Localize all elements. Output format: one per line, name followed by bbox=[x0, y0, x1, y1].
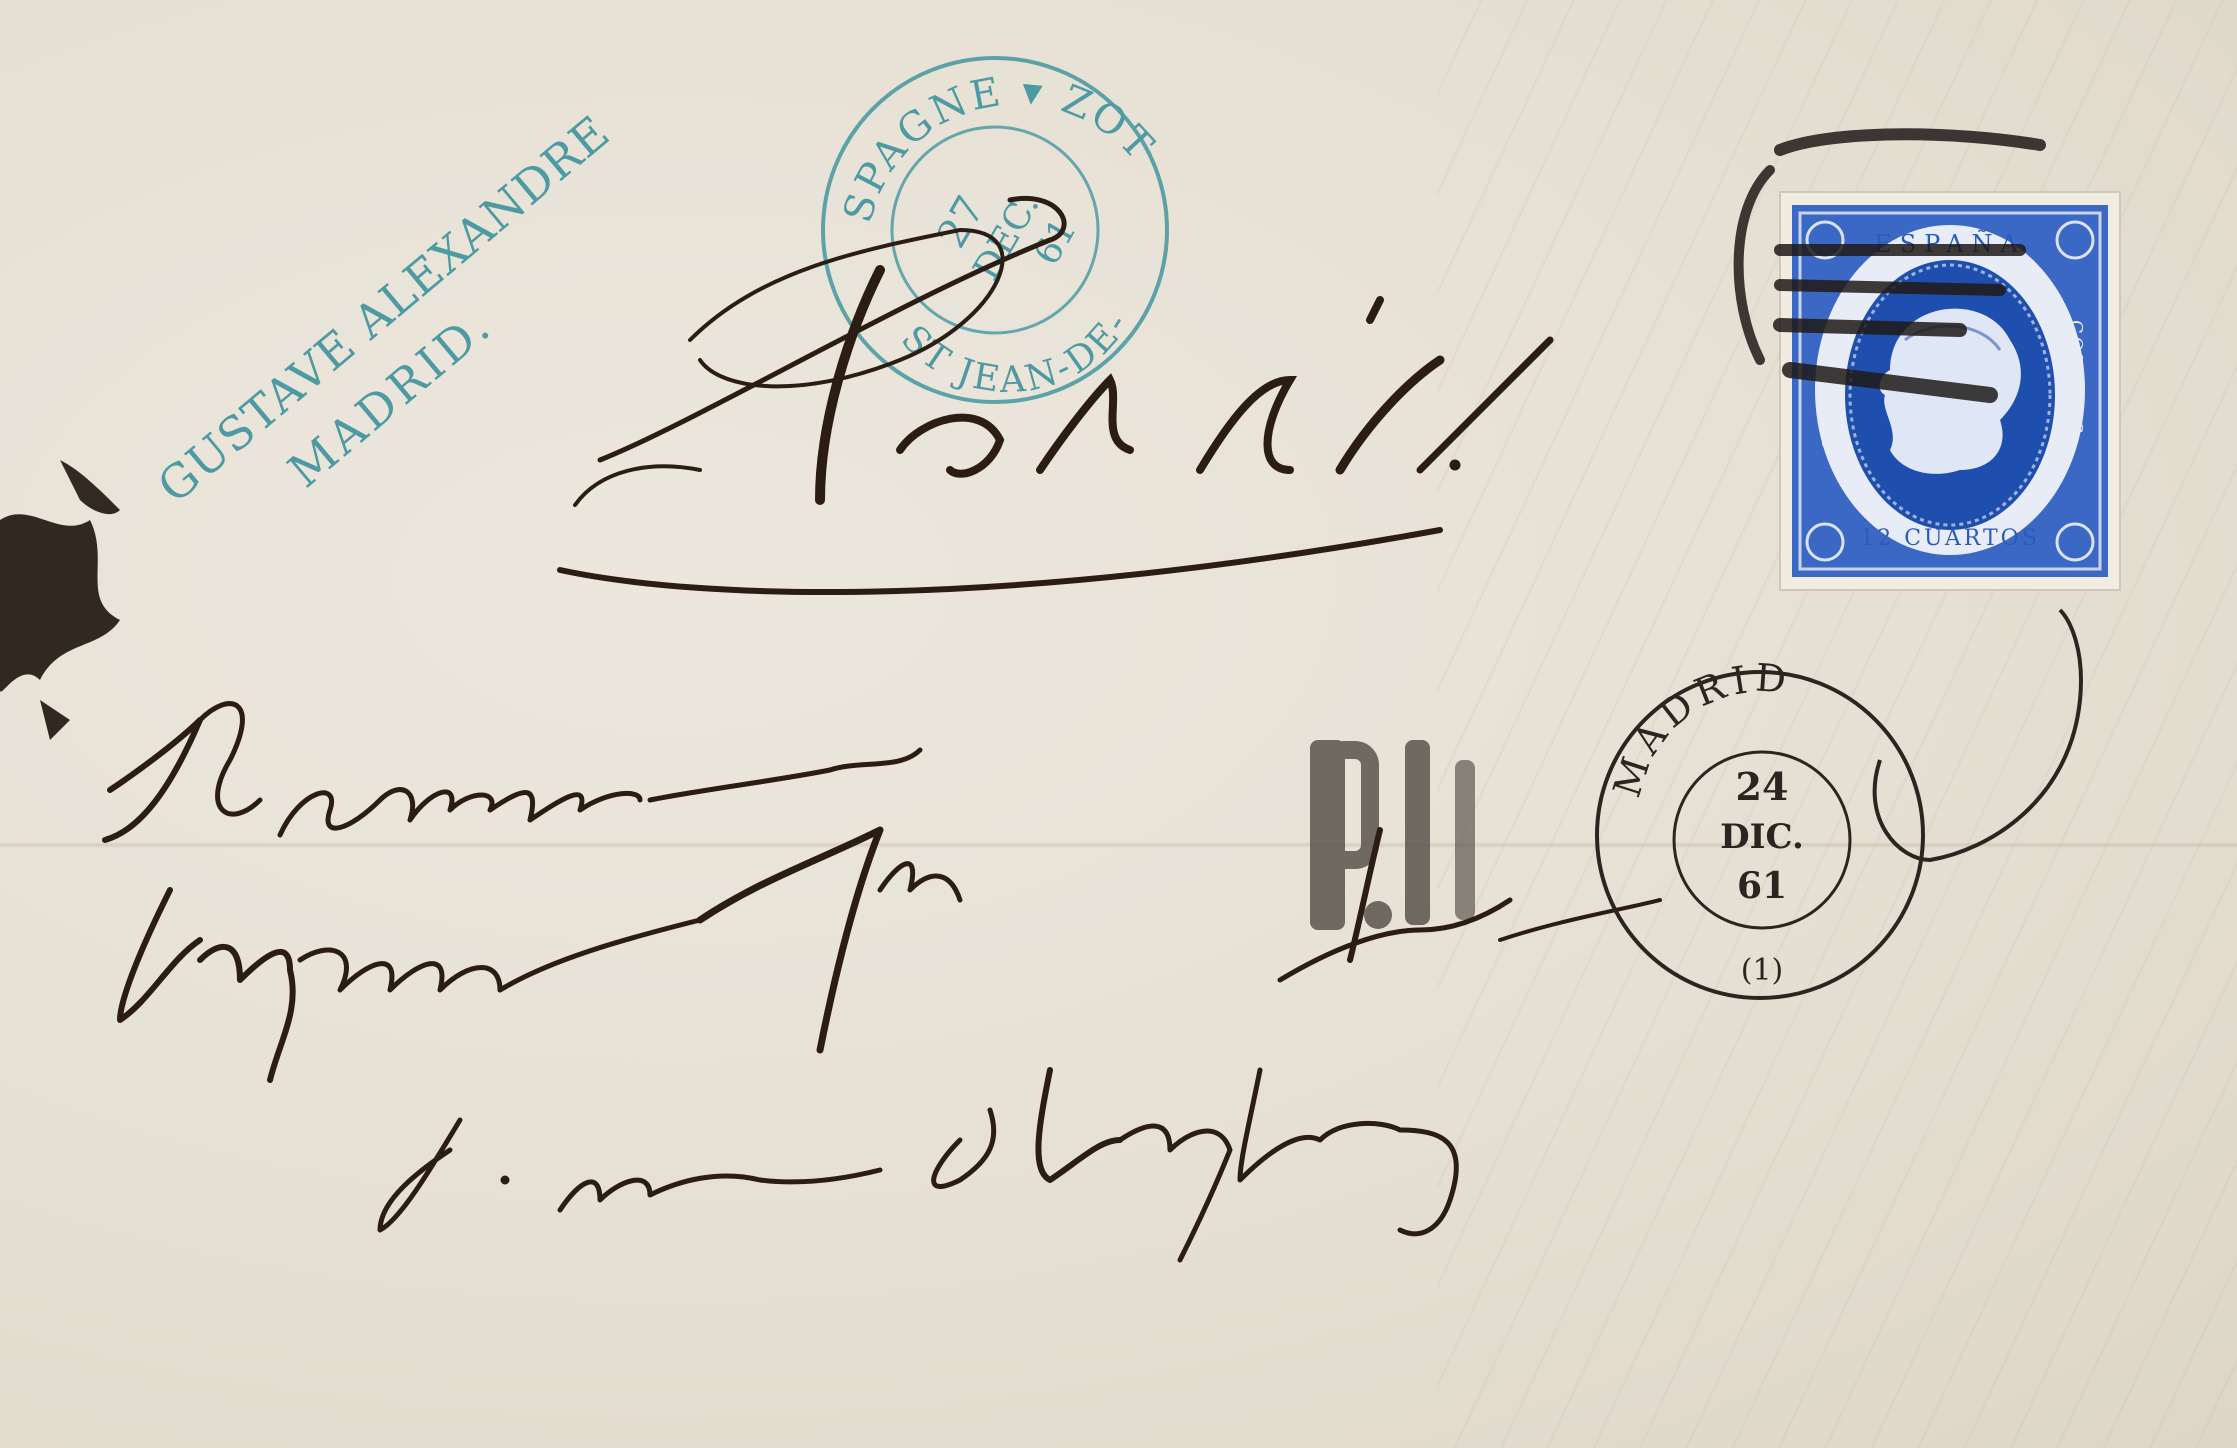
origin-day: 24 bbox=[1736, 764, 1789, 809]
postal-cover: GUSTAVE ALEXANDRE MADRID. SPAGNE ▾ ZOT S… bbox=[0, 0, 2237, 1448]
origin-postmark: MADRID 24 DIC. 61 (1) bbox=[1597, 610, 2081, 998]
transit-top-text: SPAGNE ▾ ZOT bbox=[835, 68, 1164, 228]
sender-handstamp: GUSTAVE ALEXANDRE MADRID. bbox=[147, 105, 666, 569]
ink-blot bbox=[0, 460, 120, 740]
postage-stamp: ESPAÑA 12 CUARTOS CORREOS CORREOS bbox=[1739, 134, 2120, 590]
svg-text:SPAGNE ▾ ZOT: SPAGNE ▾ ZOT bbox=[835, 68, 1164, 228]
origin-month: DIC. bbox=[1720, 817, 1804, 857]
origin-year: 61 bbox=[1737, 865, 1787, 907]
stamp-right-text: CORREOS bbox=[2065, 320, 2086, 437]
origin-bottom: (1) bbox=[1741, 953, 1784, 988]
cover-artwork: GUSTAVE ALEXANDRE MADRID. SPAGNE ▾ ZOT S… bbox=[0, 0, 2237, 1448]
stamp-value: 12 CUARTOS bbox=[1860, 526, 2040, 551]
transit-postmark: SPAGNE ▾ ZOT ST JEAN-DE- 27 DEC. 61 bbox=[823, 58, 1167, 402]
stamp-left-text: CORREOS bbox=[1819, 333, 1840, 450]
sender-line1: GUSTAVE ALEXANDRE bbox=[147, 105, 620, 514]
pd-mark bbox=[1310, 740, 1475, 930]
